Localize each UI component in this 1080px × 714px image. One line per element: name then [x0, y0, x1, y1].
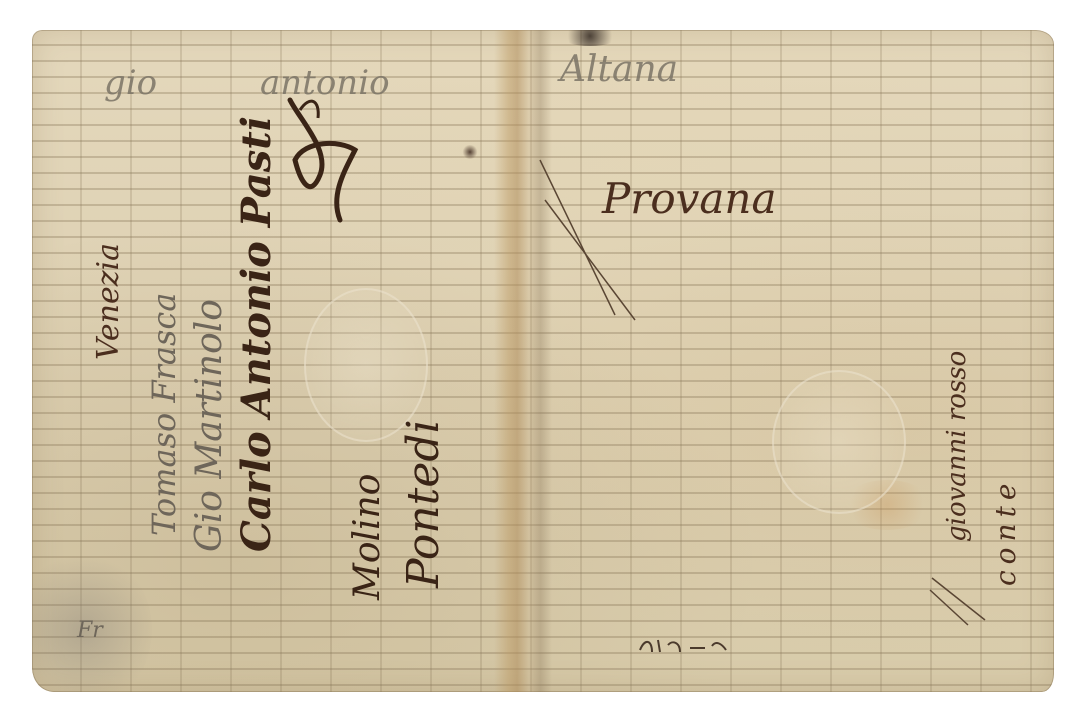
corner-mark: Fr [77, 620, 103, 642]
name-pontedi: Pontedi [402, 419, 446, 588]
name-carlo-antonio-pasti: Carlo Antonio Pasti [237, 116, 277, 552]
name-molino: Molino [350, 474, 386, 600]
name-tomaso-frasca: Tomaso Frasca [148, 293, 180, 536]
paper-sheet: gio antonio Venezia Tomaso Frasca Gio Ma… [32, 30, 1054, 692]
header-antonio: antonio [260, 66, 390, 100]
center-fold [494, 30, 552, 692]
ink-blot-top [560, 30, 620, 46]
name-gio-martinolo: Gio Martinolo [192, 299, 228, 552]
name-conte: conte [992, 478, 1020, 586]
ink-dot [462, 145, 478, 159]
title-provana: Provana [602, 178, 776, 220]
name-venezia: Venezia [94, 243, 124, 360]
document-photo: gio antonio Venezia Tomaso Frasca Gio Ma… [0, 0, 1080, 714]
header-altana: Altana [560, 52, 678, 88]
watermark-right [772, 370, 906, 514]
name-giovanni-rosso: giovanni rosso [944, 351, 970, 542]
header-gio: gio [104, 66, 157, 100]
